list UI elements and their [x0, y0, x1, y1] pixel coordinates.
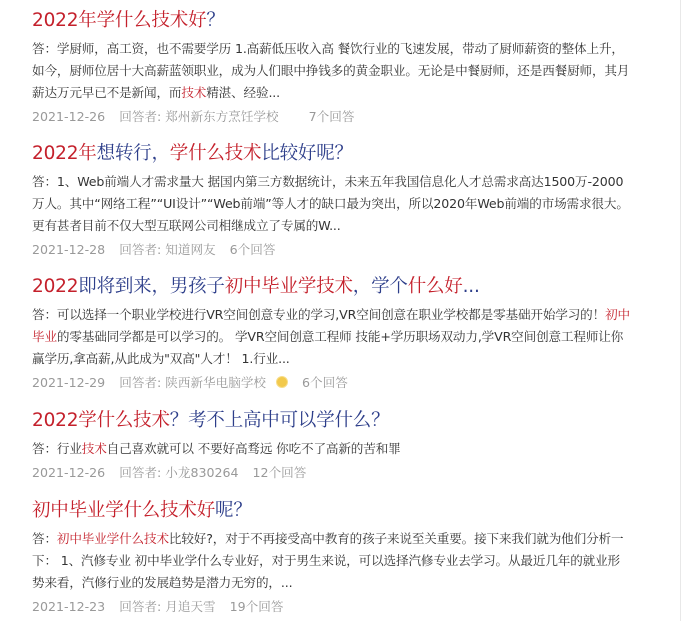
- title-highlight: 初中毕业学技术: [225, 276, 353, 297]
- title-highlight: 2022年: [32, 143, 97, 164]
- result-item: 初中毕业学什么技术好呢？ 答：初中毕业学什么技术比较好?，对于不再接受高中教育的…: [32, 498, 632, 617]
- answerer-name[interactable]: 月追天雪: [165, 599, 215, 614]
- result-item: 2022学什么技术？考不上高中可以学什么？ 答：行业技术自己喜欢就可以 不要好高…: [32, 408, 632, 483]
- result-meta: 2021-12-28 回答者: 知道网友 6个回答: [32, 240, 632, 260]
- title-text: 呢？: [215, 500, 252, 521]
- snippet-text: 的零基础同学都是可以学习的。 学VR空间创意工程师 技能+学历职场双动力,学VR…: [32, 329, 623, 366]
- result-title-link[interactable]: 2022年想转行，学什么技术比较好呢？: [32, 141, 632, 167]
- snippet-text: 答：行业: [32, 441, 82, 456]
- answerer-label: 回答者:: [119, 465, 161, 480]
- answer-count[interactable]: 6个回答: [230, 242, 276, 257]
- answer-date: 2021-12-26: [32, 109, 105, 124]
- result-item: 2022即将到来，男孩子初中毕业学技术，学个什么好... 答：可以选择一个职业学…: [32, 274, 632, 393]
- verified-badge-icon: [276, 376, 288, 388]
- result-item: 2022年学什么技术好？ 答：学厨师，高工资，也不需要学历 1.高薪低压收入高 …: [32, 8, 632, 127]
- result-snippet: 答：初中毕业学什么技术比较好?，对于不再接受高中教育的孩子来说至关重要。接下来我…: [32, 528, 632, 594]
- result-snippet: 答：1、Web前端人才需求量大 据国内第三方数据统计，未来五年我国信息化人才总需…: [32, 171, 632, 237]
- snippet-text: 答：1、Web前端人才需求量大 据国内第三方数据统计，未来五年我国信息化人才总需…: [32, 174, 629, 233]
- result-snippet: 答：可以选择一个职业学校进行VR空间创意专业的学习,VR空间创意在职业学校都是零…: [32, 304, 632, 370]
- snippet-text: 精湛、经验...: [206, 85, 280, 100]
- title-highlight: 2022年学什么技术好: [32, 10, 206, 31]
- snippet-text: 答：学厨师，高工资，也不需要学历 1.高薪低压收入高 餐饮行业的飞速发展，带动了…: [32, 41, 629, 100]
- result-snippet: 答：学厨师，高工资，也不需要学历 1.高薪低压收入高 餐饮行业的飞速发展，带动了…: [32, 38, 632, 104]
- title-highlight: 2022: [32, 276, 78, 297]
- title-text: ...: [463, 276, 480, 297]
- title-highlight: 什么好: [408, 276, 463, 297]
- answer-count[interactable]: 19个回答: [230, 599, 284, 614]
- result-title-link[interactable]: 2022学什么技术？考不上高中可以学什么？: [32, 408, 632, 434]
- result-meta: 2021-12-29 回答者: 陕西新华电脑学校 6个回答: [32, 373, 632, 393]
- title-highlight: 学什么技术: [170, 143, 262, 164]
- title-highlight: 初中毕业学什么技术好: [32, 500, 215, 521]
- snippet-text: 答：: [32, 531, 57, 546]
- result-snippet: 答：行业技术自己喜欢就可以 不要好高骛远 你吃不了高新的苦和罪: [32, 438, 632, 460]
- answer-date: 2021-12-26: [32, 465, 105, 480]
- snippet-highlight: 技术: [181, 85, 206, 100]
- answerer-name[interactable]: 知道网友: [165, 242, 215, 257]
- answerer-name[interactable]: 陕西新华电脑学校: [165, 375, 266, 390]
- result-title-link[interactable]: 初中毕业学什么技术好呢？: [32, 498, 632, 524]
- result-title-link[interactable]: 2022年学什么技术好？: [32, 8, 632, 34]
- title-text: ？考不上高中可以学什么？: [170, 410, 390, 431]
- answerer-label: 回答者:: [119, 599, 161, 614]
- answerer-name[interactable]: 郑州新东方烹饪学校: [165, 109, 278, 124]
- answer-date: 2021-12-29: [32, 375, 105, 390]
- title-text: 比较好呢？: [261, 143, 353, 164]
- answerer-label: 回答者:: [119, 375, 161, 390]
- answerer-name[interactable]: 小龙830264: [165, 465, 238, 480]
- result-meta: 2021-12-23 回答者: 月追天雪 19个回答: [32, 597, 632, 617]
- answer-count[interactable]: 6个回答: [302, 375, 348, 390]
- answer-date: 2021-12-23: [32, 599, 105, 614]
- answerer-label: 回答者:: [119, 242, 161, 257]
- snippet-highlight: 技术: [82, 441, 107, 456]
- page-edge-divider: [680, 0, 681, 621]
- snippet-text: 自己喜欢就可以 不要好高骛远 你吃不了高新的苦和罪: [107, 441, 401, 456]
- answer-date: 2021-12-28: [32, 242, 105, 257]
- answer-count[interactable]: 12个回答: [253, 465, 307, 480]
- title-text: 即将到来，男孩子: [78, 276, 224, 297]
- result-meta: 2021-12-26 回答者: 小龙830264 12个回答: [32, 463, 632, 483]
- title-highlight: 2022学什么技术: [32, 410, 170, 431]
- snippet-highlight: 初中毕业学什么技术: [57, 531, 169, 546]
- answer-count[interactable]: 7个回答: [309, 109, 355, 124]
- title-text: ，学个: [353, 276, 408, 297]
- result-item: 2022年想转行，学什么技术比较好呢？ 答：1、Web前端人才需求量大 据国内第…: [32, 141, 632, 260]
- title-text: 想转行，: [97, 143, 170, 164]
- result-title-link[interactable]: 2022即将到来，男孩子初中毕业学技术，学个什么好...: [32, 274, 632, 300]
- title-text: ？: [206, 10, 224, 31]
- result-meta: 2021-12-26 回答者: 郑州新东方烹饪学校 7个回答: [32, 107, 632, 127]
- snippet-text: 答：可以选择一个职业学校进行VR空间创意专业的学习,VR空间创意在职业学校都是零…: [32, 307, 605, 322]
- answerer-label: 回答者:: [119, 109, 161, 124]
